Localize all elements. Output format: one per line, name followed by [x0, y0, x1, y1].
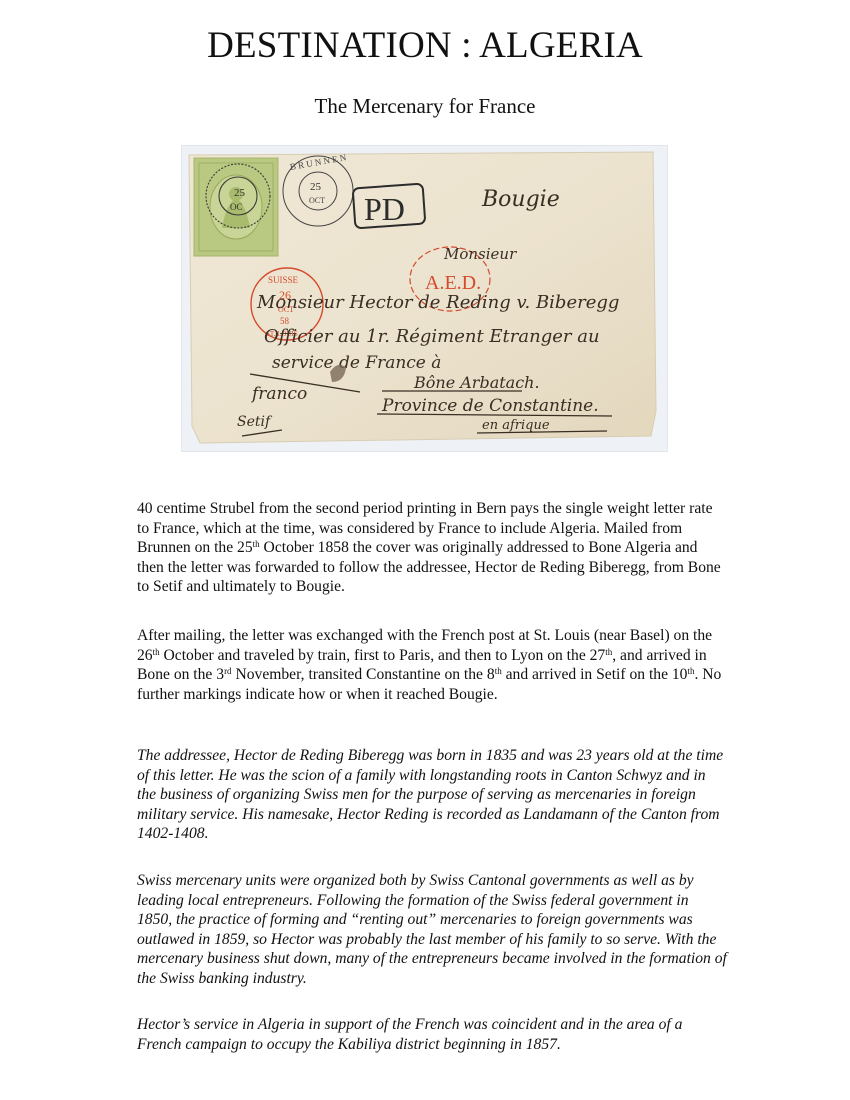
svg-text:Bougie: Bougie — [481, 187, 560, 212]
page-subtitle: The Mercenary for France — [0, 94, 850, 119]
svg-text:25: 25 — [234, 187, 246, 199]
page-title: DESTINATION : ALGERIA — [0, 24, 850, 67]
ordinal-suffix: th — [605, 647, 612, 657]
svg-text:A.E.D.: A.E.D. — [425, 272, 481, 294]
envelope-illustration: 25 OC 25 OCT B R U N N E N PD SUISSE 26 … — [182, 146, 669, 453]
paragraph-routing: After mailing, the letter was exchanged … — [137, 626, 727, 704]
ordinal-suffix: th — [495, 666, 502, 676]
svg-text:franco: franco — [250, 384, 307, 404]
ordinal-suffix: th — [687, 666, 694, 676]
ordinal-suffix: th — [253, 539, 260, 549]
svg-text:en afrique: en afrique — [482, 418, 550, 433]
svg-text:OC: OC — [230, 202, 243, 212]
svg-text:58: 58 — [280, 316, 290, 326]
svg-text:service de France à: service de France à — [272, 353, 441, 373]
svg-text:Bône Arbatach.: Bône Arbatach. — [413, 373, 540, 392]
cover-image: 25 OC 25 OCT B R U N N E N PD SUISSE 26 … — [181, 145, 668, 452]
paragraph-rate-description: 40 centime Strubel from the second perio… — [137, 499, 727, 597]
ordinal-suffix: th — [153, 647, 160, 657]
ordinal-suffix: rd — [224, 666, 232, 676]
svg-text:Officier au 1r. Régiment Etran: Officier au 1r. Régiment Etranger au — [264, 326, 600, 347]
paragraph-kabiliya-campaign: Hector’s service in Algeria in support o… — [137, 1015, 727, 1054]
svg-text:OCT: OCT — [309, 196, 325, 205]
svg-text:SUISSE: SUISSE — [268, 275, 299, 285]
paragraph-addressee: The addressee, Hector de Reding Biberegg… — [137, 746, 727, 844]
svg-text:Monsieur Hector de Reding v. B: Monsieur Hector de Reding v. Biberegg — [256, 292, 619, 313]
svg-text:Monsieur: Monsieur — [443, 245, 517, 263]
svg-text:Setif: Setif — [237, 414, 273, 430]
paragraph-mercenary-history: Swiss mercenary units were organized bot… — [137, 871, 727, 989]
svg-text:PD: PD — [364, 191, 405, 227]
svg-text:Province de Constantine.: Province de Constantine. — [381, 396, 599, 416]
svg-text:25: 25 — [310, 181, 322, 193]
